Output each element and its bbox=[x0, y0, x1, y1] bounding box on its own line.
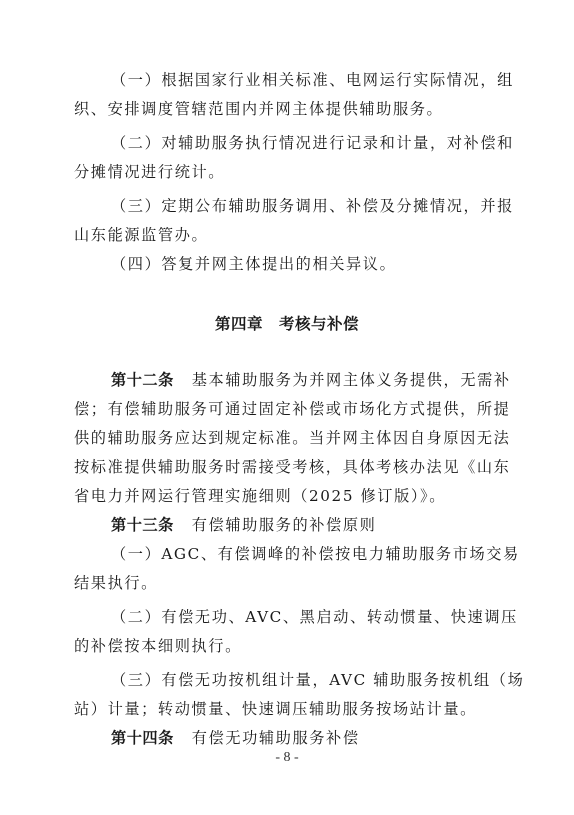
paragraph-line: （一）根据国家行业相关标准、电网运行实际情况，组 bbox=[111, 70, 500, 90]
article-label: 第十四条 bbox=[111, 729, 174, 747]
paragraph-line: （四）答复并网主体提出的相关异议。 bbox=[111, 254, 500, 274]
paragraph-line: 结果执行。 bbox=[74, 573, 500, 593]
article-title: 有偿辅助服务的补偿原则 bbox=[192, 516, 377, 534]
paragraph-line: （三）有偿无功按机组计量，AVC 辅助服务按机组（场 bbox=[111, 670, 500, 690]
paragraph-line: 省电力并网运行管理实施细则（2025 修订版）》。 bbox=[74, 486, 500, 506]
chapter-heading: 第四章 考核与补偿 bbox=[0, 312, 574, 334]
article-12-first-line: 第十二条基本辅助服务为并网主体义务提供，无需补 bbox=[111, 370, 500, 390]
paragraph-line: （二）有偿无功、AVC、黑启动、转动惯量、快速调压 bbox=[111, 607, 500, 627]
paragraph-line: 供的辅助服务应达到规定标准。当并网主体因自身原因无法 bbox=[74, 428, 500, 448]
paragraph-line: 山东能源监管办。 bbox=[74, 225, 500, 245]
article-13-heading: 第十三条有偿辅助服务的补偿原则 bbox=[111, 515, 500, 535]
article-text: 基本辅助服务为并网主体义务提供，无需补 bbox=[192, 371, 511, 389]
paragraph-line: 按标准提供辅助服务时需接受考核，具体考核办法见《山东 bbox=[74, 457, 500, 477]
paragraph-line: 织、安排调度管辖范围内并网主体提供辅助服务。 bbox=[74, 99, 500, 119]
article-label: 第十二条 bbox=[111, 371, 174, 389]
page-number: - 8 - bbox=[0, 750, 574, 766]
paragraph-line: （三）定期公布辅助服务调用、补偿及分摊情况，并报 bbox=[111, 196, 500, 216]
paragraph-line: 偿；有偿辅助服务可通过固定补偿或市场化方式提供，所提 bbox=[74, 399, 500, 419]
article-label: 第十三条 bbox=[111, 516, 174, 534]
article-title: 有偿无功辅助服务补偿 bbox=[192, 729, 360, 747]
article-14-heading: 第十四条有偿无功辅助服务补偿 bbox=[111, 728, 500, 748]
paragraph-line: 站）计量；转动惯量、快速调压辅助服务按场站计量。 bbox=[74, 699, 500, 719]
paragraph-line: 的补偿按本细则执行。 bbox=[74, 636, 500, 656]
paragraph-line: （一）AGC、有偿调峰的补偿按电力辅助服务市场交易 bbox=[111, 544, 500, 564]
paragraph-line: （二）对辅助服务执行情况进行记录和计量，对补偿和 bbox=[111, 133, 500, 153]
paragraph-line: 分摊情况进行统计。 bbox=[74, 162, 500, 182]
